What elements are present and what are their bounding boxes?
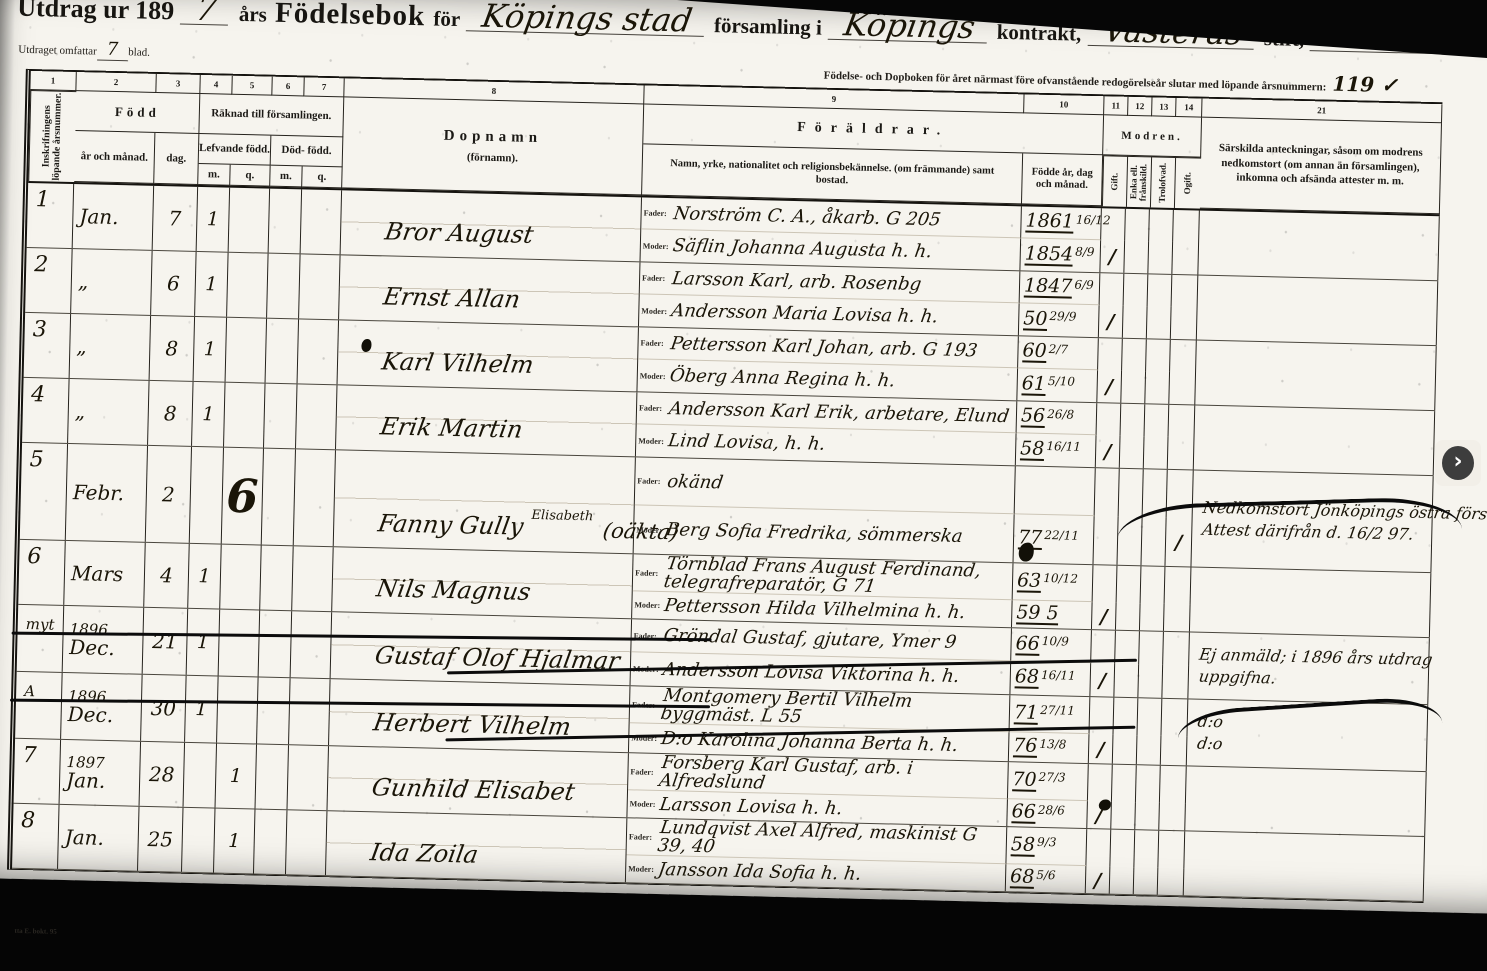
child-name: Fanny Gully xyxy=(376,509,526,540)
father-birth-daymonth: 10/9 xyxy=(1042,634,1069,649)
enka-cell-upper xyxy=(1125,209,1150,242)
gift-mark-cell: ∕ xyxy=(1086,866,1111,894)
header-dodfodd: Död- född. xyxy=(271,136,344,168)
trolofvad-cell-upper xyxy=(1139,631,1164,665)
entry-number: 8 xyxy=(21,808,36,833)
mother-name: Jansson Ida Sofia h. h. xyxy=(657,861,863,884)
header-dag: dag. xyxy=(154,133,199,185)
birth-day: 7 xyxy=(168,206,181,230)
mother-name: Andersson Maria Lovisa h. h. xyxy=(670,302,939,326)
birth-month: „ xyxy=(78,271,151,293)
colnum-1: 1 xyxy=(30,71,76,91)
gift-cell-upper xyxy=(1101,208,1126,241)
father-birth-daymonth: 6/9 xyxy=(1074,277,1094,291)
dopnamn-cell: Erik Martin xyxy=(336,385,637,456)
ogift-mark-cell xyxy=(1171,307,1198,340)
ogift-mark-cell xyxy=(1164,604,1191,632)
header-inskrifning-number: Inskrifningens löpande årsnummer. xyxy=(28,90,76,182)
mother-birthdate-cell: 50 29/9 xyxy=(1019,303,1100,337)
annotations-cell xyxy=(1190,567,1431,637)
gift-mark: ∕ xyxy=(1105,374,1113,398)
title-for: för xyxy=(433,6,460,32)
mother-birthdate-cell: 59 5 xyxy=(1012,600,1093,629)
moder-label: Moder: xyxy=(641,306,671,316)
ogift-mark-cell xyxy=(1169,372,1196,405)
dodfodd-m-cell xyxy=(264,384,297,449)
dopnamn-cell: Gunhild Elisabet xyxy=(327,746,628,817)
birth-day-cell: 6 xyxy=(151,251,196,316)
birth-month: Febr. xyxy=(73,482,146,504)
colnum-5: 5 xyxy=(232,76,272,96)
dodfodd-m-cell xyxy=(262,449,296,546)
enka-cell-upper xyxy=(1124,274,1149,307)
lefvande-q-cell xyxy=(226,318,267,383)
ogift-cell-upper xyxy=(1169,405,1196,438)
annotation-line-2 xyxy=(1201,600,1430,605)
entry-number-cell: 6 xyxy=(18,540,65,605)
entry-number-cell: 4 xyxy=(22,378,69,443)
header-dopnamn: Dopnamn (förnamn). xyxy=(342,97,644,195)
trolofvad-cell-upper xyxy=(1149,209,1174,242)
next-page-overlay: › xyxy=(1435,440,1481,486)
header-lefvande-fodd: Lefvande född. xyxy=(199,134,272,166)
mother-birthdate-cell: 68 16/11 xyxy=(1010,661,1091,696)
annotation-line-2 xyxy=(1209,243,1438,248)
ogift-cell-upper xyxy=(1165,567,1192,605)
trolofvad-cell-upper xyxy=(1141,566,1166,604)
fader-label: Fader: xyxy=(637,476,667,486)
birth-register-table: 1 2 3 4 5 6 7 8 9 10 11 12 13 14 21 Insk… xyxy=(7,69,1442,903)
fader-label: Fader: xyxy=(629,832,659,842)
trolofvad-mark-cell xyxy=(1137,735,1162,765)
moder-label: Moder: xyxy=(643,241,673,251)
gift-mark: ∕ xyxy=(1104,439,1112,463)
birth-day-cell: 7 xyxy=(153,186,198,251)
birth-day: 8 xyxy=(164,401,177,425)
birth-month: Jan. xyxy=(66,770,139,792)
gift-cell-upper xyxy=(1100,273,1125,306)
father-name: Larsson Karl, arb. Rosenbg xyxy=(671,270,923,294)
trolofvad-mark-cell xyxy=(1147,306,1172,339)
birth-month-cell: Febr. xyxy=(66,444,148,542)
trolofvad-mark-cell xyxy=(1138,664,1163,698)
gift-mark-cell: ∕ xyxy=(1092,602,1117,630)
annotation-line-1 xyxy=(1201,600,1430,605)
mother-birth-daymonth: 22/11 xyxy=(1044,528,1079,543)
enka-cell-upper xyxy=(1117,566,1142,604)
mother-birth-daymonth: 28/6 xyxy=(1038,802,1065,817)
gift-mark-cell: ∕ xyxy=(1089,734,1114,764)
header-ar-manad: år och månad. xyxy=(74,131,155,184)
subtitle-pre: Utdraget omfattar xyxy=(18,44,97,58)
entry-number-cell: 7 xyxy=(14,739,61,804)
child-name: Erik Martin xyxy=(378,412,525,443)
trolofvad-cell-upper xyxy=(1146,339,1171,372)
entry-number-cell: 5 xyxy=(20,443,68,540)
birth-day: 4 xyxy=(160,563,173,587)
mother-name: Öberg Anna Regina h. h. xyxy=(668,367,896,390)
lefvande-q: 6 xyxy=(226,469,259,524)
fader-label: Fader: xyxy=(644,208,674,218)
fader-label: Fader: xyxy=(630,767,660,777)
moder-label: Moder: xyxy=(630,799,660,809)
mother-birthdate-cell: 66 28/6 xyxy=(1007,799,1088,828)
ogift-cell-upper xyxy=(1173,210,1200,243)
mother-birthdate-cell: 1854 8/9 xyxy=(1020,238,1101,272)
gift-mark: ∕ xyxy=(1100,604,1108,628)
mother-birth-year: 68 xyxy=(1010,867,1035,889)
enka-mark-cell xyxy=(1110,867,1135,895)
next-page-button[interactable]: › xyxy=(1442,446,1474,480)
child-name-superscript: Elisabeth xyxy=(531,508,593,524)
header-m2: m. xyxy=(270,166,302,188)
father-birth-year: 56 xyxy=(1021,406,1046,428)
lefvande-m-cell: 1 xyxy=(197,187,230,252)
enka-mark-cell xyxy=(1124,241,1149,274)
dodfodd-m-cell xyxy=(267,254,300,319)
enka-mark-cell xyxy=(1113,735,1138,765)
header-modren: Modren. xyxy=(1103,115,1202,157)
birth-month-cell: 1896 Dec. xyxy=(61,673,143,741)
annotations-cell: Ej anmäld; i 1896 års utdrag uppgifna. xyxy=(1188,632,1429,704)
mother-name: Lind Lovisa, h. h. xyxy=(667,432,827,454)
dopnamn-cell: Ernst Allan xyxy=(339,255,640,326)
father-birthdate-cell: 1861 16/12 xyxy=(1021,206,1102,240)
birth-day-cell: 8 xyxy=(150,316,195,381)
birth-day-cell: 21 xyxy=(143,608,189,675)
birth-month: „ xyxy=(76,336,149,358)
mother-birth-daymonth: 29/9 xyxy=(1049,309,1076,324)
lefvande-q-cell xyxy=(224,383,265,448)
dodfodd-q-cell xyxy=(296,384,337,449)
child-name: Bror August xyxy=(383,217,536,248)
lefvande-q-cell xyxy=(229,188,270,253)
trolofvad-cell-upper xyxy=(1148,274,1173,307)
enka-mark-cell xyxy=(1123,306,1148,339)
dodfodd-m-cell xyxy=(269,189,302,254)
annotation-line-1 xyxy=(1206,373,1435,378)
lefvande-q-cell xyxy=(220,545,261,610)
header-fodd: Född xyxy=(75,91,200,134)
annotations-cell xyxy=(1185,766,1426,836)
father-name: Norström C. A., åkarb. G 205 xyxy=(672,205,942,229)
entry-number-cell: 1 xyxy=(27,183,74,248)
entry-number-cell: 3 xyxy=(24,313,71,378)
entry-number: 5 xyxy=(29,447,44,472)
gift-cell-upper xyxy=(1088,764,1113,802)
father-birthdate-cell: 60 2/7 xyxy=(1018,336,1099,370)
trolofvad-cell-upper xyxy=(1137,698,1162,736)
dodfodd-q-cell xyxy=(287,745,328,810)
dodfodd-q-cell xyxy=(294,449,336,546)
lefvande-m-cell xyxy=(182,808,215,873)
birth-day: 28 xyxy=(149,762,175,787)
mother-birth-year: 50 xyxy=(1023,309,1048,331)
title-fodelsebok: Födelsebok xyxy=(275,0,426,33)
gift-mark-cell: ∕ xyxy=(1099,305,1124,338)
subtitle-blad: Utdraget omfattar7blad. xyxy=(18,37,150,61)
child-name: Gunhild Elisabet xyxy=(370,773,577,806)
trolofvad-mark-cell xyxy=(1135,802,1160,830)
dopnamn-cell: Herbert Vilhelm xyxy=(329,679,630,752)
trolofvad-mark-cell xyxy=(1145,371,1170,404)
birth-day-cell: 2 xyxy=(146,446,192,543)
father-birthdate-cell xyxy=(1015,466,1096,516)
mother-birth-year: 66 xyxy=(1011,802,1036,824)
father-name: Andersson Karl Erik, arbetare, Elund xyxy=(668,400,1010,426)
header-fodde: Födde år, dag och månad. xyxy=(1022,153,1103,206)
birth-month: Mars xyxy=(71,563,144,585)
title-place-handwritten: Köpings stad xyxy=(466,1,708,36)
gift-mark: ∕ xyxy=(1107,309,1115,333)
entry-number-cell: 8 xyxy=(12,804,59,869)
enka-mark-cell xyxy=(1114,664,1139,698)
colnum-11: 11 xyxy=(1104,96,1128,116)
enka-mark-cell xyxy=(1116,603,1141,631)
series-note-number: 119 ✓ xyxy=(1332,72,1398,98)
lefvande-m-cell xyxy=(190,447,224,544)
birth-month-cell: „ xyxy=(70,314,151,380)
father-birthdate-cell: 58 9/3 xyxy=(1006,827,1087,866)
birth-day: 2 xyxy=(162,482,175,506)
birth-day: 8 xyxy=(165,336,178,360)
fader-label: Fader: xyxy=(642,273,672,283)
birth-month-cell: 1896 Dec. xyxy=(63,606,145,674)
annotation-line-1 xyxy=(1209,243,1438,248)
trolofvad-mark-cell xyxy=(1148,241,1173,274)
birth-month: Jan. xyxy=(65,827,138,849)
colnum-2: 2 xyxy=(76,72,156,93)
dopnamn-cell: Karl Vilhelm xyxy=(338,320,639,391)
birth-day-cell: 25 xyxy=(138,807,183,872)
ogift-cell-upper xyxy=(1172,275,1199,308)
dodfodd-q-cell xyxy=(289,678,331,745)
mother-birthdate-cell: 61 5/10 xyxy=(1017,368,1098,402)
annotation-line-1 xyxy=(1196,799,1425,804)
mother-birth-year: 58 xyxy=(1020,439,1045,461)
crossout-stroke xyxy=(1116,496,1463,574)
header-m1: m. xyxy=(198,164,230,186)
entry-number-cell: 2 xyxy=(25,248,72,313)
mother-name: Berg Sofia Fredrika, sömmerska xyxy=(665,521,964,546)
mother-birth-daymonth: 5/10 xyxy=(1048,374,1075,389)
annotation-line-1 xyxy=(1205,438,1434,443)
colnum-14: 14 xyxy=(1176,98,1202,118)
header-q1: q. xyxy=(230,165,270,187)
mother-birth-year: 68 xyxy=(1015,667,1040,689)
annotations-cell xyxy=(1198,211,1439,281)
gift-mark: ∕ xyxy=(1094,868,1102,892)
subtitle-blad-handwritten: 7 xyxy=(97,39,129,62)
father-birth-year: 66 xyxy=(1015,634,1040,656)
ogift-cell-upper xyxy=(1160,766,1187,804)
gift-mark-cell: ∕ xyxy=(1096,435,1121,468)
lefvande-m-cell: 1 xyxy=(188,544,221,609)
gift-mark: ∕ xyxy=(1108,244,1116,268)
enka-cell-upper xyxy=(1121,404,1146,437)
colnum-4: 4 xyxy=(200,75,232,95)
lefvande-m: 1 xyxy=(204,338,217,360)
annotation-line-2 xyxy=(1196,799,1425,804)
entry-number-cell: myt xyxy=(17,605,65,672)
moder-label: Moder: xyxy=(634,600,664,610)
lefvande-m-cell: 1 xyxy=(192,382,225,447)
dodfodd-q-cell xyxy=(292,546,333,611)
header-fornamn: (förnamn). xyxy=(467,151,518,164)
annotations-cell xyxy=(1194,406,1435,476)
birth-day: 6 xyxy=(167,271,180,295)
dodfodd-m-cell xyxy=(260,546,293,611)
dopnamn-cell: Ida Zoila xyxy=(326,811,627,882)
entry-number: 4 xyxy=(31,382,46,407)
father-birth-year: 70 xyxy=(1012,770,1037,792)
mother-birth-daymonth: 5/6 xyxy=(1036,867,1056,881)
gift-cell-upper xyxy=(1093,565,1118,603)
enka-cell-upper xyxy=(1122,339,1147,372)
mother-birth-daymonth: 16/11 xyxy=(1046,439,1081,454)
dodfodd-q-cell xyxy=(291,611,333,678)
colnum-13: 13 xyxy=(1152,97,1176,117)
dodfodd-q-cell xyxy=(299,254,340,319)
enka-mark-cell xyxy=(1121,371,1146,404)
dopnamn-cell: Fanny Gully Elisabeth (oäkta) xyxy=(334,450,636,553)
dodfodd-m-cell xyxy=(256,745,289,810)
father-birth-year: 58 xyxy=(1011,835,1036,857)
birth-month: Dec. xyxy=(67,704,140,726)
entry-number: 2 xyxy=(34,252,49,277)
fader-label: Fader: xyxy=(640,338,670,348)
gift-cell-upper xyxy=(1086,829,1111,867)
annotation-line-2 xyxy=(1206,373,1435,378)
entry-number: 7 xyxy=(22,743,37,768)
ogift-mark-cell xyxy=(1158,868,1185,896)
gift-mark-cell: ∕ xyxy=(1100,240,1125,273)
enka-mark-cell xyxy=(1111,802,1136,830)
gift-mark: ∕ xyxy=(1098,668,1106,692)
dodfodd-m-cell xyxy=(257,678,291,745)
mother-name: Pettersson Hilda Vilhelmina h. h. xyxy=(663,597,966,622)
header-namn-yrke: Namn, yrke, nationalitet och religionsbe… xyxy=(642,144,1023,204)
ogift-cell-upper xyxy=(1170,340,1197,373)
title-pre: Utdrag ur 189 xyxy=(17,0,175,26)
dopnamn-cell: Nils Magnus xyxy=(332,547,633,618)
gift-mark-cell: ∕ xyxy=(1090,663,1115,697)
annotation-line-1 xyxy=(1194,864,1423,869)
fader-label: Fader: xyxy=(635,568,665,578)
header-q2: q. xyxy=(302,166,342,188)
dodfodd-q-cell xyxy=(301,189,342,254)
child-name: Ida Zoila xyxy=(368,838,480,868)
dodfodd-m-cell xyxy=(259,611,293,678)
trolofvad-mark-cell xyxy=(1144,436,1169,469)
dodfodd-q-cell xyxy=(298,319,339,384)
entry-number: 6 xyxy=(27,544,42,569)
father-birthdate-cell: 1847 6/9 xyxy=(1020,271,1101,305)
header-trolofvad: Trolofvad. xyxy=(1150,156,1175,208)
father-birthdate-cell: 70 27/3 xyxy=(1008,762,1089,801)
entry-number: 3 xyxy=(32,317,47,342)
lefvande-m-cell: 1 xyxy=(185,676,219,743)
lefvande-m-cell: 1 xyxy=(194,317,227,382)
dopnamn-cell: Gustaf Olof Hjalmar xyxy=(331,612,632,685)
lefvande-m-cell: 1 xyxy=(195,252,228,317)
dodfodd-m-cell xyxy=(266,319,299,384)
annotations-cell xyxy=(1197,276,1438,346)
annotation-line-2 xyxy=(1208,308,1437,313)
subtitle-post: blad. xyxy=(128,46,150,59)
ogift-cell-upper xyxy=(1163,632,1190,666)
trolofvad-cell-upper xyxy=(1134,830,1159,868)
colnum-12: 12 xyxy=(1128,97,1152,117)
enka-mark-cell xyxy=(1120,436,1145,469)
father-birth-daymonth: 9/3 xyxy=(1037,835,1057,849)
child-name: Ernst Allan xyxy=(381,282,522,313)
father-name: Pettersson Karl Johan, arb. G 193 xyxy=(669,335,978,360)
lefvande-m-cell xyxy=(184,743,217,808)
trolofvad-mark-cell xyxy=(1134,867,1159,895)
ogift-mark-cell xyxy=(1159,803,1186,831)
child-name: Nils Magnus xyxy=(374,574,532,606)
lefvande-q: 1 xyxy=(229,765,242,787)
colnum-10: 10 xyxy=(1024,94,1104,115)
trolofvad-mark-cell xyxy=(1140,603,1165,631)
father-birth-daymonth: 27/11 xyxy=(1040,703,1075,718)
father-birth-year: 63 xyxy=(1017,571,1042,593)
ogift-mark-cell xyxy=(1168,437,1195,470)
father-birthdate-cell: 63 10/12 xyxy=(1013,563,1094,602)
ogift-cell-upper xyxy=(1158,831,1185,869)
father-name: okänd xyxy=(666,473,724,492)
gift-mark: ∕ xyxy=(1097,737,1105,761)
father-birthdate-cell: 56 26/8 xyxy=(1017,401,1098,435)
birth-day-cell: 30 xyxy=(141,675,187,742)
dodfodd-m-cell xyxy=(254,809,287,874)
colnum-3: 3 xyxy=(156,74,200,94)
mother-birth-year: 59 5 xyxy=(1016,603,1059,625)
father-birth-daymonth: 27/3 xyxy=(1038,770,1065,785)
father-birth-year: 60 xyxy=(1022,341,1047,363)
father-birth-daymonth: 26/8 xyxy=(1047,407,1074,422)
ogift-mark-cell xyxy=(1162,665,1189,699)
moder-label: Moder: xyxy=(638,436,668,446)
birth-day-cell: 8 xyxy=(148,381,193,446)
lefvande-q-cell xyxy=(227,253,268,318)
lefvande-q: 1 xyxy=(228,830,241,852)
birth-day-cell: 28 xyxy=(140,742,185,807)
colnum-7: 7 xyxy=(304,77,344,97)
header-ogift: Ogift. xyxy=(1174,157,1201,209)
header-gift: Gift. xyxy=(1102,155,1127,207)
gift-mark-cell xyxy=(1093,516,1118,565)
lefvande-m: 1 xyxy=(207,208,220,230)
birth-month-cell: Mars xyxy=(64,541,145,607)
father-birth-daymonth: 10/12 xyxy=(1043,571,1078,586)
mother-birth-year: 76 xyxy=(1013,736,1038,758)
father-birth-year: 1847 xyxy=(1024,276,1073,298)
fader-label: Fader: xyxy=(639,403,669,413)
annotation-line-2: uppgifna. xyxy=(1197,666,1429,693)
mother-name: Säflin Johanna Augusta h. h. xyxy=(672,237,934,261)
birth-day: 25 xyxy=(147,827,173,852)
lefvande-m: 1 xyxy=(198,565,211,587)
mother-birth-daymonth: 8/9 xyxy=(1075,245,1095,259)
mother-birth-year: 61 xyxy=(1021,374,1046,396)
gift-cell-upper xyxy=(1095,468,1120,517)
child-name: Karl Vilhelm xyxy=(380,347,536,378)
birth-month-cell: Jan. xyxy=(73,184,154,250)
ogift-mark-cell xyxy=(1172,242,1199,275)
annotation-line-2 xyxy=(1205,438,1434,443)
